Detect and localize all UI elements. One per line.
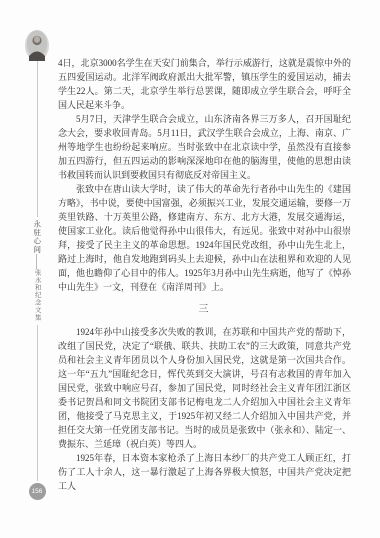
- section-heading: 三: [58, 303, 351, 317]
- margin-rule-bottom: [37, 325, 38, 481]
- paragraph: 5月7日，天津学生联合会成立，山东济南各界三万多人，召开国耻纪念大会，要求收回青…: [58, 112, 351, 182]
- author-portrait-photo: [25, 30, 49, 61]
- book-title-text: 永驻心间: [33, 220, 42, 254]
- title-separator-dash: ——: [33, 254, 42, 269]
- page-number-badge: 156: [29, 483, 46, 500]
- paragraph-continuation: 4日，北京3000名学生在天安门前集合，举行示威游行，这就是震惊中外的五四爱国运…: [58, 56, 351, 112]
- book-subtitle-text: 张永和纪念文集: [34, 269, 41, 322]
- page-number-text: 156: [32, 488, 43, 495]
- paragraph: 1924年孙中山接受多次失败的教训，在苏联和中国共产党的帮助下，改组了国民党，决…: [58, 325, 351, 451]
- paragraph: 1925年春，日本资本家枪杀了上海日本纱厂的共产党工人顾正红，打伤了工人十余人，…: [58, 451, 351, 493]
- book-page: 永驻心间——张永和纪念文集 156 4日，北京3000名学生在天安门前集合，举行…: [0, 0, 380, 538]
- margin-rule-top: [37, 61, 38, 217]
- body-text-block: 4日，北京3000名学生在天安门前集合，举行示威游行，这就是震惊中外的五四爱国运…: [58, 56, 351, 493]
- left-margin-column: 永驻心间——张永和纪念文集 156: [24, 30, 50, 500]
- portrait-photo-graphic: [25, 30, 49, 61]
- book-spine-title: 永驻心间——张永和纪念文集: [33, 217, 41, 325]
- paragraph: 张致中在唐山读大学时，读了伟大的革命先行者孙中山先生的《建国方略》，书中说，要使…: [58, 182, 351, 294]
